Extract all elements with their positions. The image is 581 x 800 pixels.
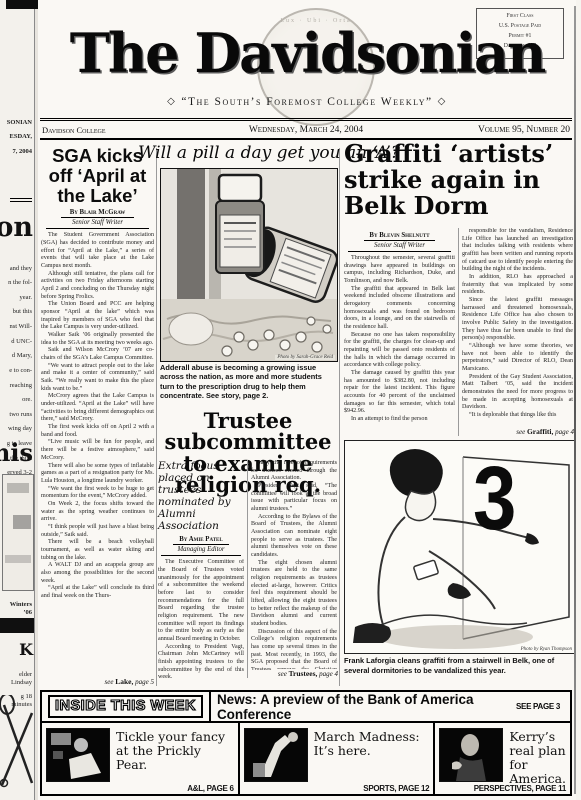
paragraph: The Union Board and PCC are helping spon… [41,301,154,332]
paragraph: According to President Vagt, Chairman Jo… [158,644,244,680]
graffiti-photo-caption: Frank Laforgia cleans graffiti from a st… [344,656,574,675]
jump-line: see Trustees, page 4 [274,669,338,678]
paragraph: ore. [6,396,32,404]
kerry-photo [439,728,503,782]
paragraph: 7, 2004 [7,148,32,156]
paragraph: McCrory agrees that the Lake Campus is u… [41,393,154,424]
adjacent-top-fragments: SONIANESDAY,7, 2004 [7,112,32,162]
paragraph: The first week kicks off on April 2 with… [41,424,154,439]
paragraph: There will be a beach volleyball tournam… [41,539,154,562]
paragraph: cally the role of requirements for trust… [251,460,337,483]
paragraph: and they [6,265,32,273]
jump-ref: Graffiti, [527,427,553,436]
prickly-pear-photo [46,728,110,782]
jump-line: see Lake, page 5 [105,677,154,686]
teaser-text: March Madness: It’s here. [314,728,430,791]
teaser-row: Tickle your fancy at the Prickly Pear. A… [42,723,570,795]
paragraph: SONIAN [7,119,32,127]
paragraph: “I think people will just have a blast b… [41,524,154,539]
adjacent-headline-fragment-2: mis [0,438,33,467]
dateline-college: Davidson College [40,125,197,135]
jump-see: see [105,678,116,686]
paragraph: A WALT DJ and an acappela group are also… [41,562,154,585]
divider [10,198,32,202]
byline-author: By Amie Patel [173,536,228,545]
jump-ref: Lake, [115,677,133,686]
newspaper-title: The Davidsonian [38,26,576,80]
paragraph: In addition, RLO has approached a frater… [462,274,573,297]
paragraph: On Week 2, the focus shifts toward the w… [41,501,154,524]
adjacent-letter-fragment: K [19,640,33,659]
diamond-icon: ◇ [433,96,452,107]
paragraph: Saik and Wilson McCrory ’07 are co-chair… [41,347,154,362]
paragraph: In an attempt to find the person [344,416,455,424]
trustee-column-right: cally the role of requirements for trust… [251,460,337,678]
paragraph: responsible for the vandalism, Residence… [462,228,573,274]
paragraph: “April at the Lake” will conclude its th… [41,585,154,600]
adderall-photo: Photo by Sarah-Grace Reid [160,168,338,362]
inside-this-week-label: INSIDE THIS WEEK [55,698,196,714]
byline: By Amie Patel Managing Editor [161,536,240,556]
byline-author: By Blair McGraw [61,209,134,218]
graffiti-headline: Graffiti ‘artists’ strike again in Belk … [344,141,574,219]
paragraph: d UNC- [6,338,32,346]
paragraph: “Live music will be fun for people, and … [41,439,154,462]
paragraph: President of the Gay Student Association… [462,374,573,412]
jump-see: see [278,670,289,678]
article-body: cally the role of requirements for trust… [251,460,337,670]
jump-page: page 4 [553,428,574,436]
adderall-photo-art [161,169,337,361]
byline-title: Senior Staff Writer [46,219,150,226]
paragraph: “We want the first week to be huge to ge… [41,486,154,501]
pill-feature-headline: Will a pill a day get you an ‘A’? [138,143,368,163]
paragraph: The Executive Committee of the Board of … [158,559,244,643]
paragraph: The graffiti that appeared in Belk last … [344,286,455,332]
paragraph: e to con- [6,367,32,375]
march-madness-photo [244,728,308,782]
dateline-volume: Volume 95, Number 20 [415,125,572,135]
graffiti-photo-art [345,441,575,653]
byline: By Blevin Shelnutt Senior Staff Writer [348,232,450,252]
jump-page: page 5 [133,678,154,686]
trustee-column-left: Extra focus placed on trustees nominated… [158,460,244,678]
article-body: Throughout the semester, several graffit… [344,255,455,425]
teaser-page-ref: SPORTS, PAGE 12 [363,784,429,793]
paragraph: Although still tentative, the plans call… [41,271,154,302]
pill-photo-caption: Adderall abuse is becoming a growing iss… [160,363,336,400]
paragraph: reaching [6,382,32,390]
inside-week-banner: INSIDE THIS WEEK News: A preview of the … [42,692,570,723]
paragraph: “It is deplorable that things like this [462,412,573,420]
paragraph: two runs [6,411,32,419]
paragraph: but this [6,308,32,316]
dateline-date: Wednesday, March 24, 2004 [197,125,414,135]
photo-credit: Photo by Sarah-Grace Reid [275,355,335,360]
teaser-perspectives: Kerry’s real plan for America. PERSPECTI… [433,723,570,795]
paragraph: Throughout the semester, several graffit… [344,255,455,286]
paragraph: Because no one has taken responsibility … [344,332,455,370]
photo-credit: Photo by Ryan Thompson [521,647,572,652]
trustee-article: Extra focus placed on trustees nominated… [158,460,338,678]
adjacent-headline-fragment: on [0,212,33,243]
byline-title: Senior Staff Writer [348,242,450,249]
jump-ref: Trustees, [289,669,318,678]
tagline-text: “The South’s Foremost College Weekly” [181,96,432,108]
graffiti-article: By Blevin Shelnutt Senior Staff Writer T… [344,228,574,436]
teaser-arts: Tickle your fancy at the Prickly Pear. A… [42,723,238,795]
paragraph: “We want to attract people out to the la… [41,363,154,394]
article-body: The Executive Committee of the Board of … [158,559,244,679]
banner-see-page: SEE PAGE 3 [508,702,564,711]
front-page: First Class U.S. Postage Paid Permit #1 … [38,0,576,800]
teaser-page-ref: PERSPECTIVES, PAGE 11 [474,784,566,793]
tagline: ◇“The South’s Foremost College Weekly”◇ [38,96,576,108]
paragraph: Walker Saik ’06 originally presented the… [41,332,154,347]
paragraph: wing day [6,425,32,433]
teaser-page-ref: A&L, PAGE 6 [187,784,233,793]
article-deck: Extra focus placed on trustees nominated… [158,460,244,532]
paragraph: Winters ’06 [0,601,32,617]
paragraph: There will also be some types of inflata… [41,463,154,486]
column-divider [247,460,248,678]
graffiti-column-left: By Blevin Shelnutt Senior Staff Writer T… [344,228,455,436]
graffiti-cleaning-photo: 3 Photo by Ryan Thompson [344,440,576,654]
paragraph: “Although we have some theories, we have… [462,343,573,374]
paragraph: n the fol- [6,279,32,287]
jump-see: see [516,428,527,436]
column-divider [458,228,459,436]
banner-news-text: News: A preview of the Bank of America C… [217,692,508,722]
paragraph: Since the latest graffiti messages harra… [462,297,573,343]
byline: By Blair McGraw Senior Staff Writer [46,209,150,229]
inside-this-week-box: INSIDE THIS WEEK [42,692,211,721]
teaser-sports: March Madness: It’s here. SPORTS, PAGE 1… [238,723,434,795]
dateline: Davidson College Wednesday, March 24, 20… [40,118,572,140]
paragraph: President Vagt said, “The committee will… [251,483,337,514]
bottom-section: INSIDE THIS WEEK News: A preview of the … [40,690,572,796]
paragraph: The Student Government Association (SGA)… [41,232,154,270]
paragraph: d Mary, [6,352,32,360]
paragraph: According to the Bylaws of the Board of … [251,514,337,560]
lacrosse-sticks-icon [0,695,34,790]
byline-title: Managing Editor [161,546,240,553]
banner-news: News: A preview of the Bank of America C… [211,692,570,721]
article-sga: SGA kicks off ‘April at the Lake’ By Bla… [41,146,154,688]
paragraph: The damage caused by graffiti this year … [344,370,455,416]
paragraph: Discussion of this aspect of the College… [251,629,337,670]
teaser-text: Tickle your fancy at the Prickly Pear. [116,728,234,791]
adjacent-black-bar [0,618,34,633]
paragraph: ESDAY, [7,133,32,141]
paragraph: year. [6,294,32,302]
byline-author: By Blevin Shelnutt [364,232,435,241]
page-edge [574,6,576,794]
adjacent-page-sliver: SONIANESDAY,7, 2004 on and theyn the fol… [0,0,34,800]
diamond-icon: ◇ [162,96,181,107]
teaser-text: Kerry’s real plan for America. [509,728,566,791]
paragraph: nst Will- [6,323,32,331]
article-body: The Student Government Association (SGA)… [41,232,154,660]
graffiti-number: 3 [473,453,516,543]
paragraph: elder Lindsay [0,671,32,687]
adjacent-photo-fragment [2,474,34,591]
jump-page: page 4 [317,670,338,678]
jump-line: see Graffiti, page 4 [512,427,574,436]
article-body: responsible for the vandalism, Residence… [462,228,573,424]
paragraph: The eight chosen alumni trustees are hel… [251,560,337,629]
graffiti-column-right: responsible for the vandalism, Residence… [462,228,573,436]
